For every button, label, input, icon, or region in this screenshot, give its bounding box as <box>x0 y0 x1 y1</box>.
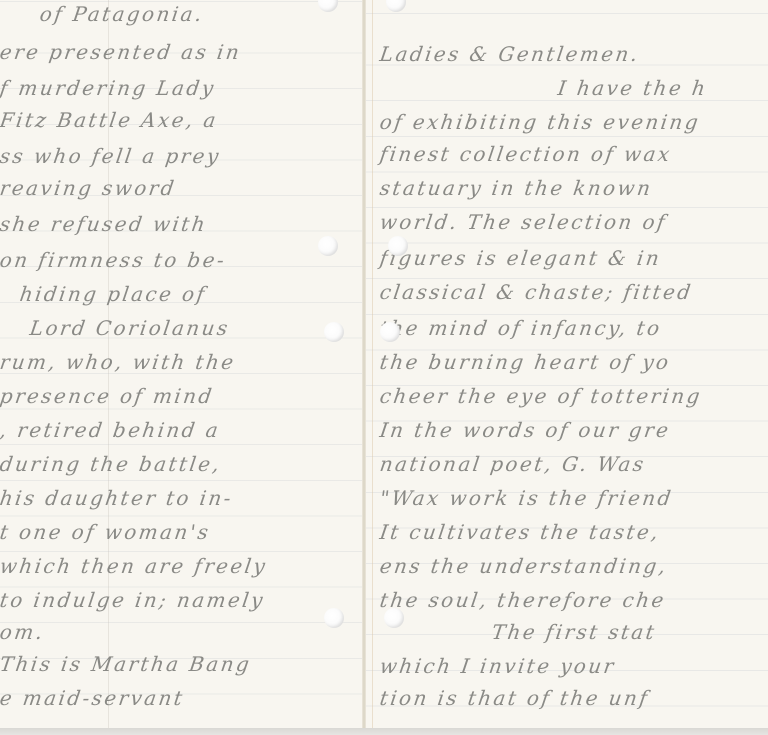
text-line: ere presented as in <box>0 40 243 64</box>
text-line: statuary in the known <box>378 176 654 200</box>
text-line: which then are freely <box>0 554 269 578</box>
punch-hole <box>318 0 338 12</box>
text-line: the burning heart of yo <box>378 350 672 374</box>
text-line: cheer the eye of tottering <box>378 384 703 408</box>
text-line: to indulge in; namely <box>0 588 267 612</box>
text-line: ens the understanding, <box>378 554 669 578</box>
text-line: This is Martha Bang <box>0 652 253 676</box>
text-line: Fitz Battle Axe, a <box>0 108 220 132</box>
text-line: finest collection of wax <box>378 142 673 166</box>
scan-bottom-edge <box>0 728 768 735</box>
text-line: ss who fell a prey <box>0 144 222 168</box>
text-line: of Patagonia. <box>38 2 205 26</box>
text-line: national poet, G. Was <box>378 452 647 476</box>
text-line: hiding place of <box>18 282 208 306</box>
left-page: of Patagonia. ere presented as in f murd… <box>0 0 362 728</box>
punch-hole <box>324 608 344 628</box>
punch-hole <box>388 236 408 256</box>
text-line: on firmness to be- <box>0 248 228 272</box>
text-line: om. <box>0 620 46 644</box>
text-line: rum, who, with the <box>0 350 237 374</box>
text-line: Ladies & Gentlemen. <box>378 42 641 66</box>
text-line: The first stat <box>490 620 658 644</box>
punch-hole <box>318 236 338 256</box>
text-line: the soul, therefore che <box>378 588 667 612</box>
text-line: "Wax work is the friend <box>378 486 674 510</box>
text-line: Lord Coriolanus <box>28 316 231 340</box>
text-line: , retired behind a <box>0 418 222 442</box>
text-line: I have the h <box>556 76 709 100</box>
text-line: she refused with <box>0 212 209 236</box>
text-line: f murdering Lady <box>0 76 217 100</box>
text-line: reaving sword <box>0 176 178 200</box>
manuscript-spread: of Patagonia. ere presented as in f murd… <box>0 0 768 728</box>
punch-hole <box>384 608 404 628</box>
punch-hole <box>386 0 406 12</box>
text-line: the mind of infancy, to <box>378 316 663 340</box>
punch-hole <box>324 322 344 342</box>
text-line: presence of mind <box>0 384 216 408</box>
text-line: It cultivates the taste, <box>378 520 661 544</box>
text-line: classical & chaste; fitted <box>378 280 694 304</box>
text-line: tion is that of the unf <box>378 686 651 710</box>
text-line: which I invite your <box>378 654 617 678</box>
text-line: of exhibiting this evening <box>378 110 702 134</box>
text-line: t one of woman's <box>0 520 212 544</box>
text-line: In the words of our gre <box>378 418 672 442</box>
text-line: figures is elegant & in <box>378 246 663 270</box>
right-margin-rule <box>372 0 373 728</box>
text-line: his daughter to in- <box>0 486 235 510</box>
punch-hole <box>380 322 400 342</box>
text-line: e maid-servant <box>0 686 186 710</box>
text-line: world. The selection of <box>378 210 668 234</box>
text-line: during the battle, <box>0 452 223 476</box>
right-page: Ladies & Gentlemen. I have the h of exhi… <box>366 0 768 728</box>
